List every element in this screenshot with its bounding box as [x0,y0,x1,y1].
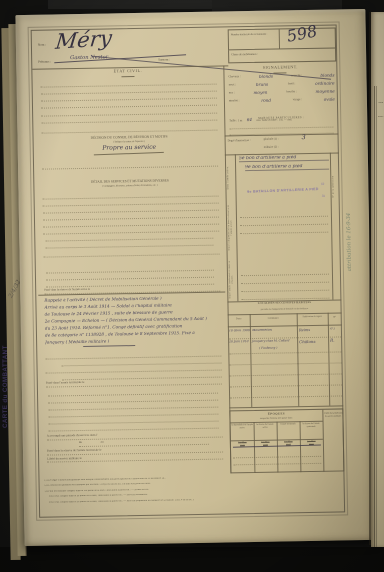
signalement-row: menton : rond visage : ovale [229,97,335,104]
page-gap-shadow [369,12,371,545]
corps-entry: 9e bon d'artillerie à pied [245,163,329,171]
localite-subdivision: Reims [299,328,327,333]
localites-col-rule [250,314,252,407]
table-row-rule [230,362,342,365]
trait-value: blonds [320,73,334,78]
degre-label: Degré d'instruction : [228,139,260,143]
localite-date: 18 Obre 1908 [229,329,250,333]
background-block [0,547,384,572]
epoques-date-label: DATE de la libération du service militai… [323,412,343,418]
blank-rule [240,212,328,219]
epoques-col-rule [322,410,324,472]
corps-entry: 5e bon d'artillerie à pied [239,155,329,163]
table-row-rule [230,395,342,398]
photographed-register-page: CARTE du COMBATTANT 2/4/32 attribution l… [0,0,384,572]
blank-rule [241,270,329,277]
trait-value: ovale [324,97,335,102]
col-subdivision: Subdivision de région [297,315,328,318]
subdivision-side-label: N° de la subdivision [331,158,339,214]
battalion-ink-stamp: 9e BATAILLON D'ARTILLERIE A PIED [237,187,328,195]
signalement-row: nez : moyen bouche : moyenne [229,89,335,96]
col-n: N° [328,316,342,319]
trait-label: bouche : [286,90,296,95]
trait-label: menton : [229,99,240,104]
next-frame-rule [374,86,375,547]
degre-militaire-label: militaire (2) : [264,145,279,148]
trait-value: moyenne [316,89,335,94]
localite-subdivision: Châlons [299,340,327,345]
trait-value: bruns [256,82,268,87]
title-tilde [121,76,134,77]
record-sheet: attribution le 16-9-34 Nom : Méry Prénom… [15,9,374,546]
periode-line: Passé dans l'armée territoriale le [46,379,222,388]
matricule-box: Numéro matricule du recrutement : 598 [228,28,336,51]
etat-civil-title: ÉTAT CIVIL. [32,67,223,75]
signalement-row: yeux : bruns front : ordinaire [229,81,335,88]
reserve-underline [83,345,135,347]
trait-label: Cheveux : [228,75,240,80]
localite-commune: Jonquery chez M. Collard [252,339,296,343]
trait-label: nez : [229,91,235,96]
next-nom-label: Nom : [378,102,384,105]
trait-value: moyen [253,90,267,95]
title-tilde [273,72,286,73]
table-row-rule [229,351,341,354]
blank-rule [240,220,328,227]
blank-rule [241,286,329,293]
blank-rule [241,278,329,285]
localites-subtitle: par suite de changements de domicile ou … [228,307,342,312]
carte-combattant-stamp: CARTE du COMBATTANT [2,328,15,446]
trait-label: visage : [293,98,302,103]
localite-n: R. [330,338,341,343]
localite-n: N°1 [329,327,341,330]
degre-generale-label: générale (1) : [264,137,279,140]
next-record-edge: Nom : Prén : [371,12,384,547]
signalement-row: Cheveux : blonds sourcils : blonds [228,73,334,80]
purple-margin-mark: ≈ [321,194,325,201]
territoriale-side-label: Dans l'armée territoriale et dans sa rés… [228,259,237,299]
epoques-table: ÉPOQUES auxquelles l'homme doit passer d… [229,408,344,473]
localites-bottom-rule [229,405,343,408]
blank-rule [240,228,328,235]
epoques-col: la réserve de l'armée territoriale [300,423,322,429]
compris-line: Compris dans la 1re partie de la liste d… [42,160,218,170]
nom-label: Nom : [38,44,46,48]
epoques-col: l'armée territoriale [277,423,299,426]
trait-value: ordinaire [315,81,335,86]
trait-label: front : [288,82,296,87]
signalement-title: SIGNALEMENT. [223,64,337,71]
col-dates: Dates [228,318,250,321]
reserve-line: Jonquery ( Médaille militaire ) [45,337,223,345]
territoriale-line: du au [79,439,209,447]
form-frame: Nom : Méry Prénoms : Gaston Nestor Surno… [31,24,345,517]
attribution-note: attribution le 16-9-34 [345,167,358,317]
localites-title: LOCALITÉS SUCCESSIVES HABITÉES [227,301,341,306]
col-communes: Communes [250,317,297,321]
degre-generale-value: 3 [302,134,306,142]
classe-box: Classe de mobilisation : [228,49,336,64]
localite-commune: Mourmelon [252,328,296,333]
next-prenoms-label: Prén : [378,116,384,119]
certificat-line: Certificat de bonne conduite : ACCORDÉ [60,256,220,266]
background-block [48,0,213,9]
surnom-label: Surnom : [158,58,170,62]
trait-value: blonds [259,74,273,79]
localites-col-rule [328,313,330,406]
epoques-col: la réserve de l'armée active [254,424,276,430]
localite-date: 28 Juin 1910 [229,340,250,344]
table-row-rule [230,373,342,376]
armee-active-side-label: Dans l'armée active. [226,158,235,196]
prenoms-label: Prénoms : [38,60,51,64]
trait-label: sourcils : [291,74,302,79]
surname-signature: Méry [54,26,113,54]
next-frame-rule [376,86,377,547]
matricule-number: 598 [285,22,318,46]
pencil-cross-mark: × [298,28,302,36]
localite-commune-2: ( Faubourg ) [259,346,295,350]
epoques-subtitle: auxquelles l'homme doit passer dans : [230,416,322,420]
table-row-rule [230,384,342,387]
trait-value: rond [261,98,271,103]
localites-col-rule [297,313,299,406]
prenoms-value: Gaston Nestor [70,55,108,62]
epoques-col: la disponibilité de l'armée active [231,424,253,430]
matricule-label: Numéro matricule du recrutement : [231,33,277,37]
territoriale-line: Libéré du service militaire le [47,454,223,463]
localites-head-underline [228,324,342,327]
disponibilite-side-label: Dans la disponibilité ou dans la réserve… [227,201,236,253]
tirage-line: N° 181 du tirage dans le canton d' Épern… [41,123,217,134]
classe-label: Classe de mobilisation : [231,53,277,57]
matricule-divider [279,29,280,48]
purple-margin-mark: ≈ [321,181,326,188]
trait-label: yeux : [229,83,237,88]
